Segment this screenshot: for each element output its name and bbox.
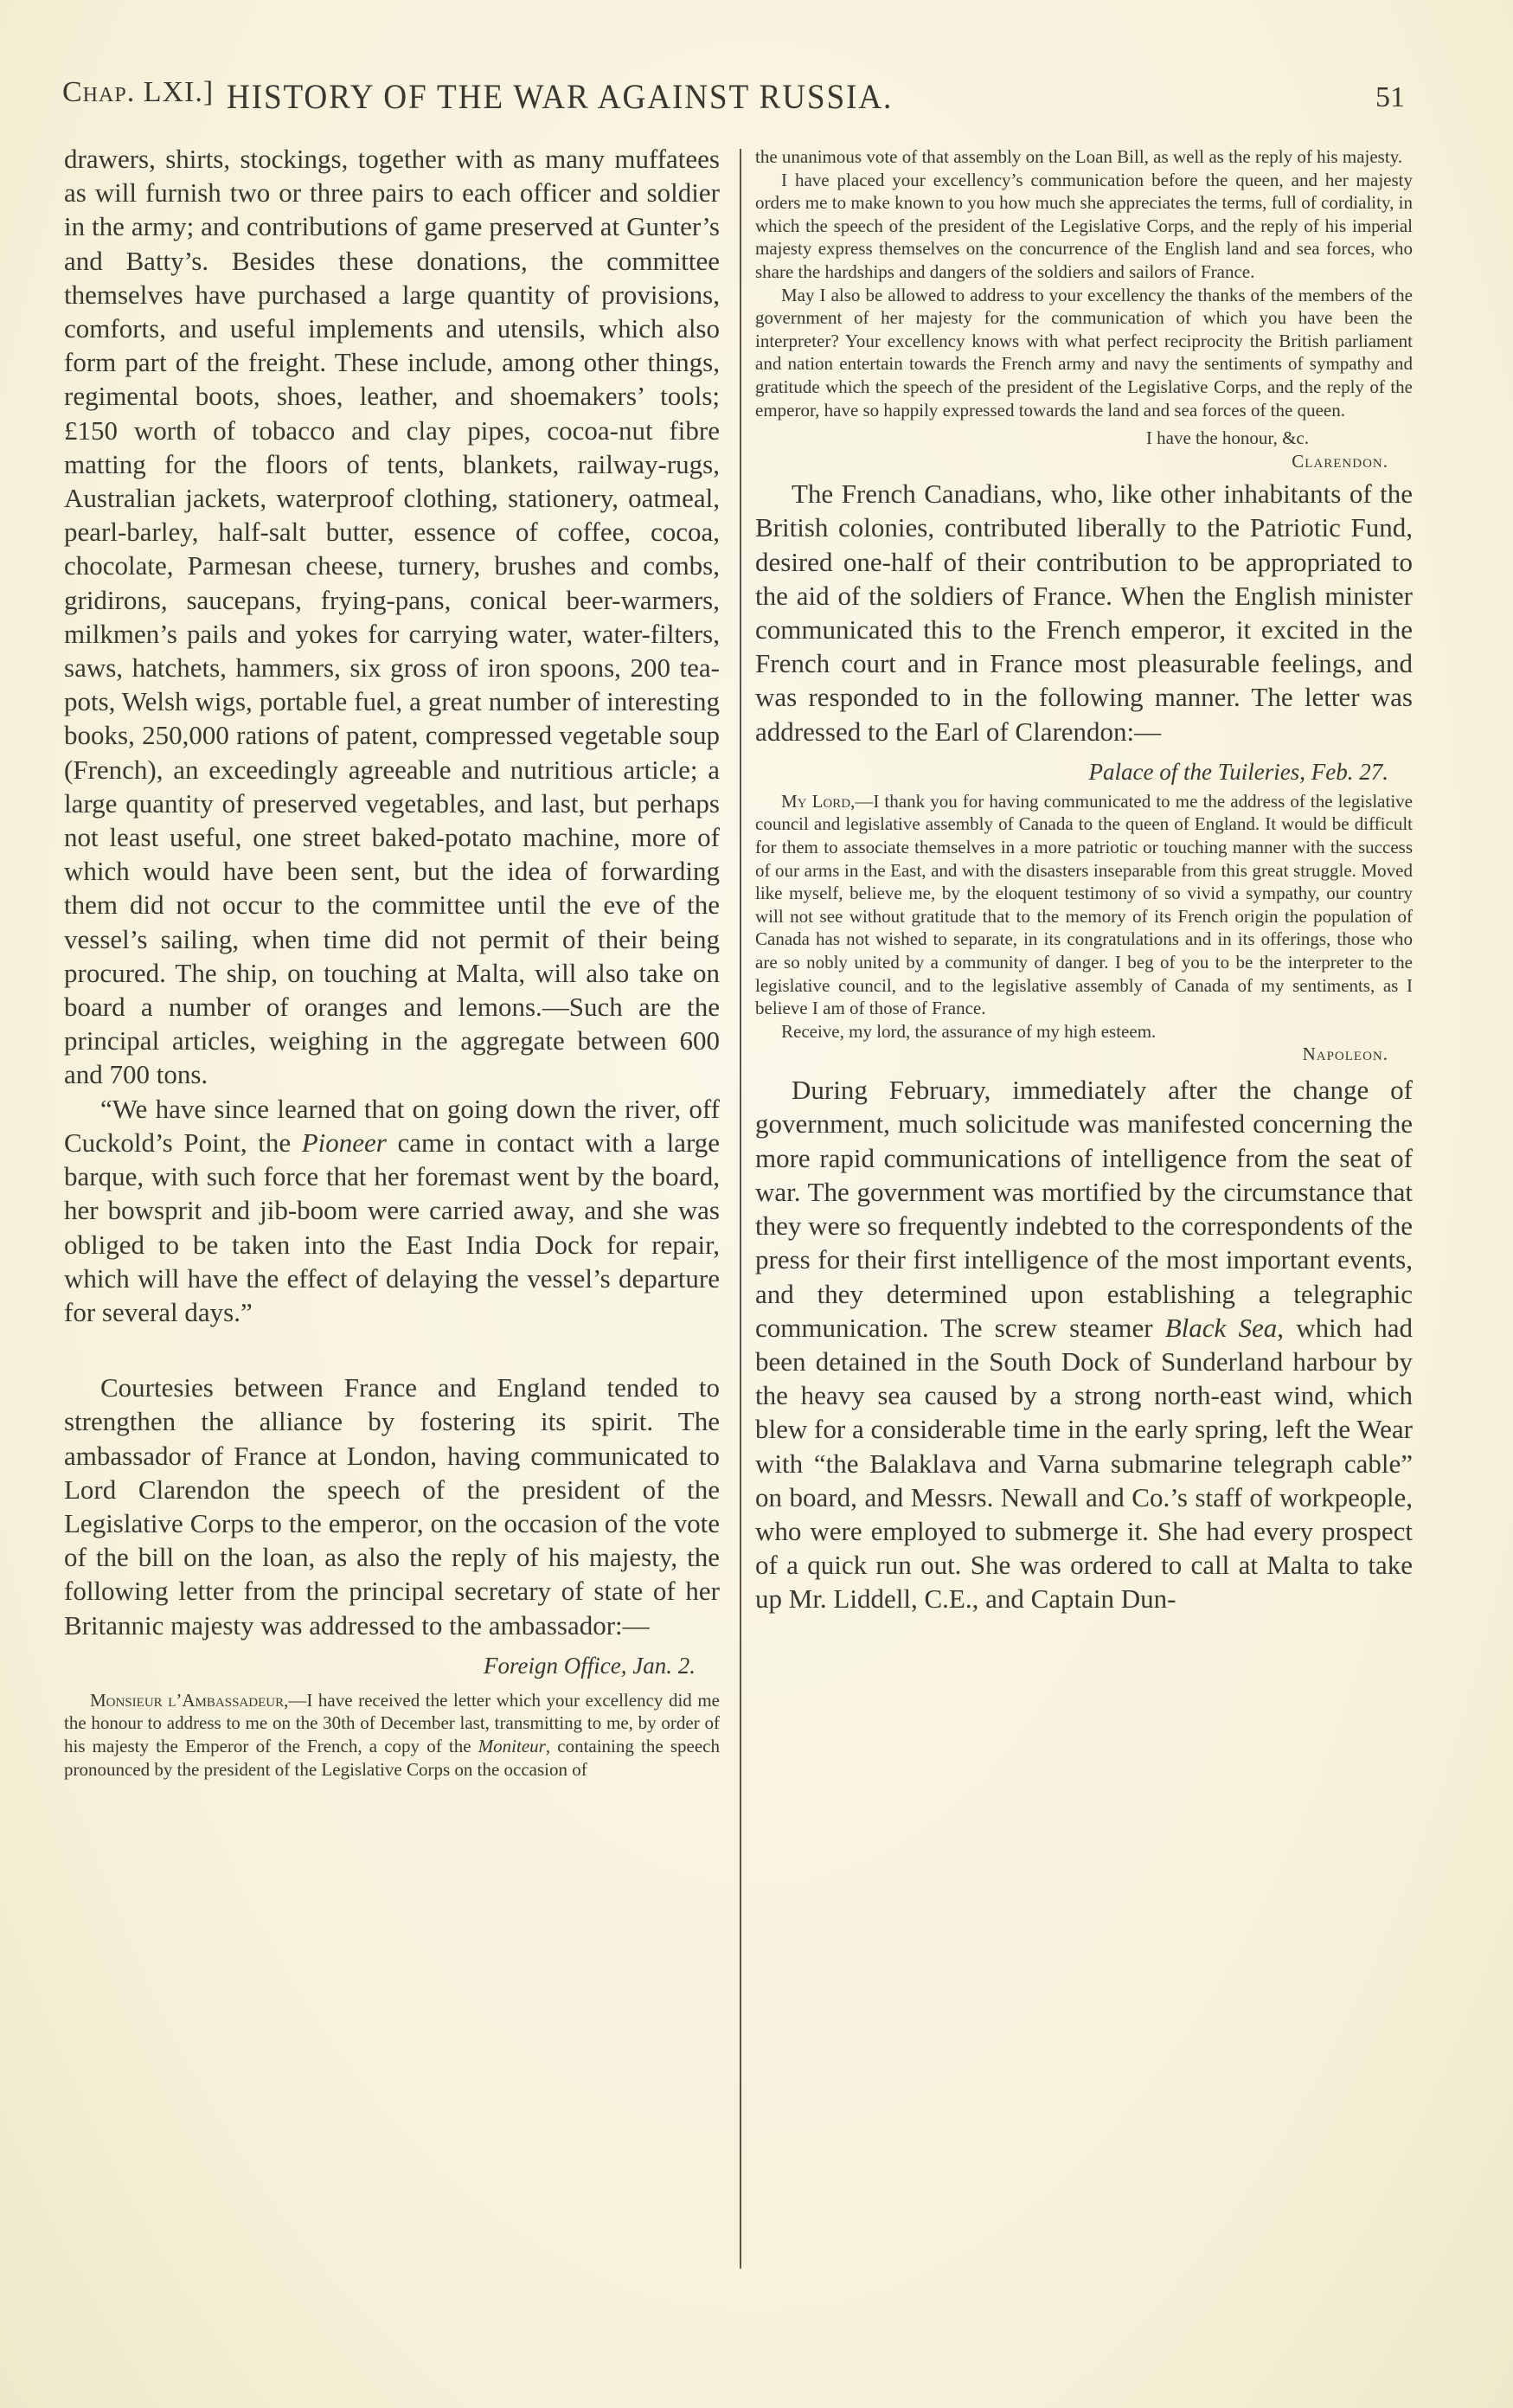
running-head: Chap. LXI.] HISTORY OF THE WAR AGAINST R… xyxy=(0,76,1513,119)
letter2-body: My Lord,—I thank you for having communic… xyxy=(755,790,1413,1020)
text-run: —I thank you for having communicated to … xyxy=(755,791,1413,1018)
left-column: drawers, shirts, stockings, together wit… xyxy=(64,142,720,1781)
letter1-paragraph-3: May I also be allowed to address to your… xyxy=(755,284,1413,422)
letter1-closing: I have the honour, &c. xyxy=(755,427,1413,450)
text-run: , which had been detained in the South D… xyxy=(755,1313,1413,1615)
letter2-closing: Receive, my lord, the assurance of my hi… xyxy=(755,1020,1413,1043)
ship-name-pioneer: Pioneer xyxy=(302,1127,387,1158)
paragraph-french-canadians: The French Canadians, who, like other in… xyxy=(755,477,1413,748)
letter1-salutation: Monsieur l’Ambassadeur, xyxy=(90,1690,288,1711)
letter1-paragraph-2: I have placed your excellency’s communic… xyxy=(755,169,1413,284)
paragraph-pioneer: “We have since learned that on going dow… xyxy=(64,1092,720,1329)
column-divider xyxy=(740,149,741,2269)
section-gap xyxy=(64,1329,720,1371)
letter1-dateline: Foreign Office, Jan. 2. xyxy=(64,1651,720,1680)
spacer xyxy=(755,748,1413,757)
letter1-opening: Monsieur l’Ambassadeur,—I have received … xyxy=(64,1689,720,1781)
spacer xyxy=(755,1066,1413,1073)
spacer xyxy=(64,1680,720,1689)
page-number: 51 xyxy=(1375,81,1405,114)
right-column: the unanimous vote of that assembly on t… xyxy=(755,145,1413,1616)
paragraph-donations: drawers, shirts, stockings, together wit… xyxy=(64,142,720,1092)
letter2-salutation: My Lord, xyxy=(781,791,855,812)
text-run: During February, immediately after the c… xyxy=(755,1075,1413,1342)
letter2-dateline: Palace of the Tuileries, Feb. 27. xyxy=(755,757,1413,787)
letter1-signature: Clarendon. xyxy=(755,450,1413,473)
paragraph-telegraph: During February, immediately after the c… xyxy=(755,1073,1413,1615)
letter1-continuation: the unanimous vote of that assembly on t… xyxy=(755,145,1413,169)
letter2-signature: Napoleon. xyxy=(755,1043,1413,1066)
book-page: Chap. LXI.] HISTORY OF THE WAR AGAINST R… xyxy=(0,0,1513,2408)
spacer xyxy=(64,1642,720,1651)
paragraph-courtesies: Courtesies between France and England te… xyxy=(64,1371,720,1642)
newspaper-name: Moniteur xyxy=(478,1736,546,1756)
book-title: HISTORY OF THE WAR AGAINST RUSSIA. xyxy=(227,76,893,117)
chapter-label: Chap. LXI.] xyxy=(62,76,214,109)
ship-name-black-sea: Black Sea xyxy=(1165,1313,1278,1343)
